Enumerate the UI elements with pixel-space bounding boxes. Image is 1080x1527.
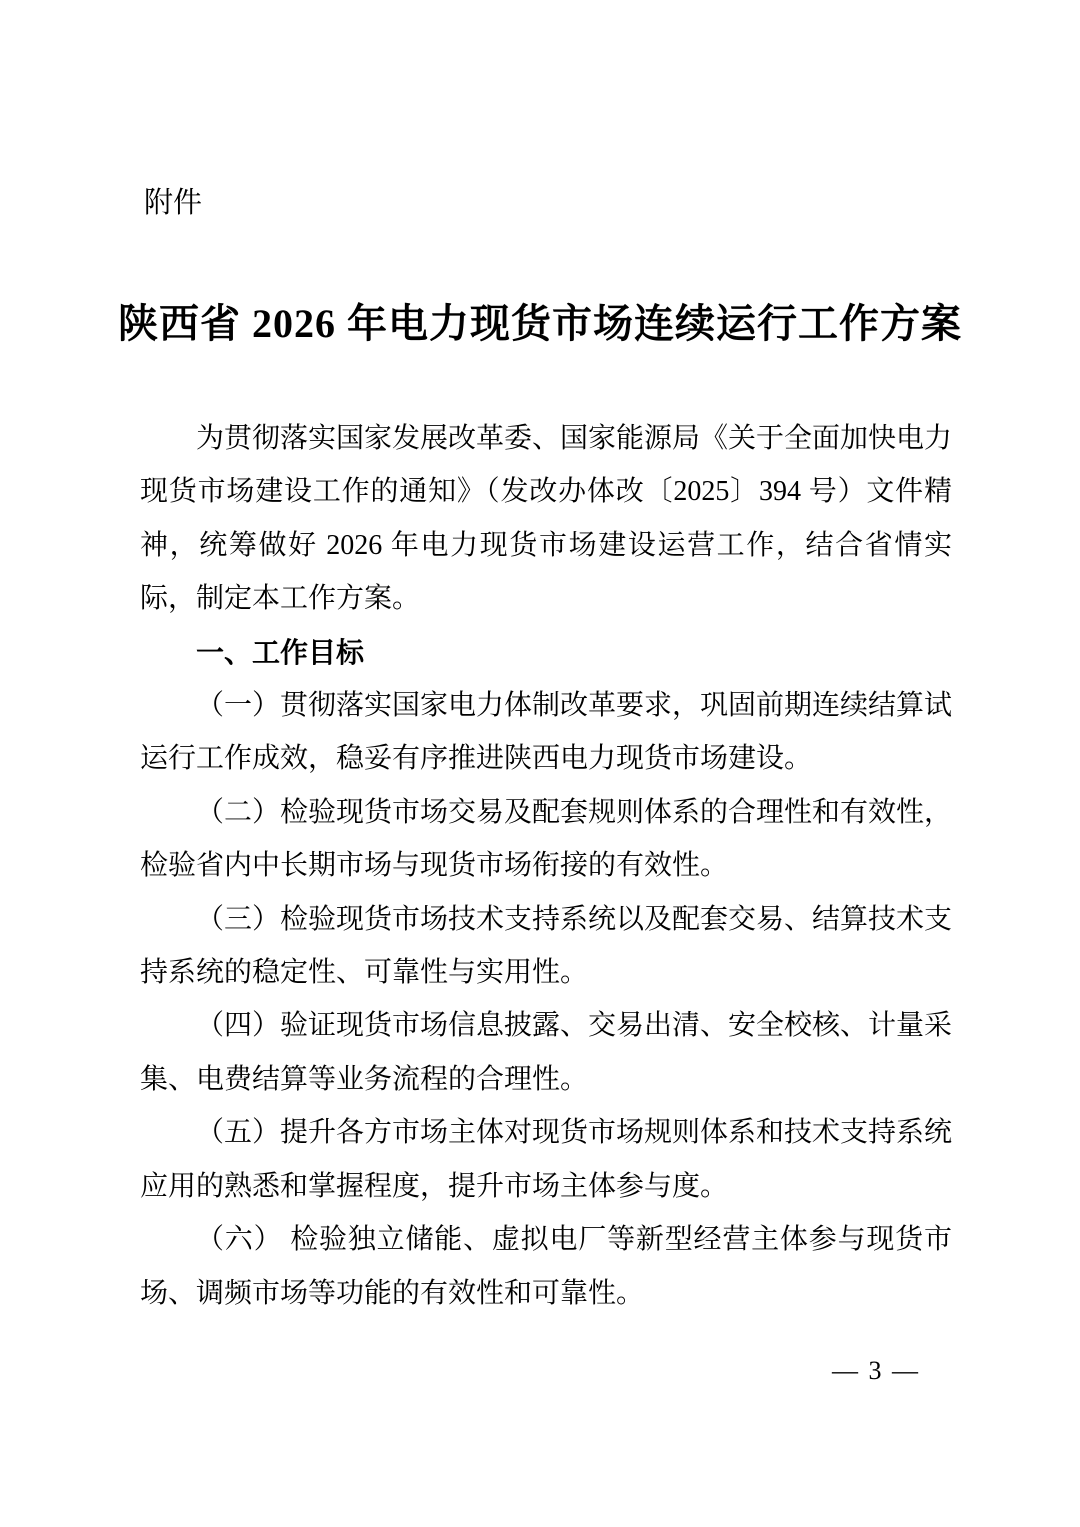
attachment-label: 附件	[144, 188, 202, 220]
section-heading-work-goals: 一、工作目标	[140, 626, 952, 679]
goal-item-4: （四）验证现货市场信息披露、交易出清、安全校核、计量采集、电费结算等业务流程的合…	[140, 999, 952, 1106]
goal-item-3: （三）检验现货市场技术支持系统以及配套交易、结算技术支持系统的稳定性、可靠性与实…	[140, 893, 952, 1000]
goal-item-5: （五）提升各方市场主体对现货市场规则体系和技术支持系统应用的熟悉和掌握程度，提升…	[140, 1106, 952, 1213]
goal-item-6: （六） 检验独立储能、虚拟电厂等新型经营主体参与现货市场、调频市场等功能的有效性…	[140, 1213, 952, 1320]
document-title: 陕西省 2026 年电力现货市场连续运行工作方案	[0, 292, 1080, 349]
page-number: — 3 —	[832, 1356, 920, 1386]
document-body: 为贯彻落实国家发展改革委、国家能源局《关于全面加快电力现货市场建设工作的通知》（…	[140, 412, 952, 1320]
goal-item-1: （一）贯彻落实国家电力体制改革要求，巩固前期连续结算试运行工作成效，稳妥有序推进…	[140, 679, 952, 786]
intro-paragraph: 为贯彻落实国家发展改革委、国家能源局《关于全面加快电力现货市场建设工作的通知》（…	[140, 412, 952, 626]
goal-item-2: （二）检验现货市场交易及配套规则体系的合理性和有效性，检验省内中长期市场与现货市…	[140, 786, 952, 893]
document-page: 附件 陕西省 2026 年电力现货市场连续运行工作方案 为贯彻落实国家发展改革委…	[0, 0, 1080, 1527]
